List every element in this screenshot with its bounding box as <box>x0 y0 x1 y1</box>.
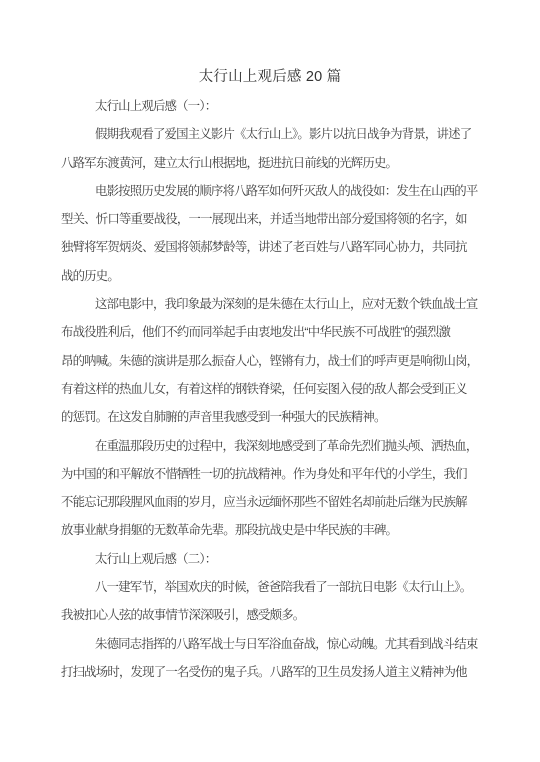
paragraph-line: 战的历史。 <box>61 262 491 290</box>
paragraph-line: 打扫战场时，发现了一名受伤的鬼子兵。八路军的卫生员发扬人道主义精神为他 <box>61 658 491 686</box>
document-title: 太行山上观后感 20 篇 <box>0 63 540 91</box>
paragraph-line: 型关、忻口等重要战役，一一展现出来，并适当地带出部分爱国将领的名字，如 <box>61 205 491 233</box>
paragraph-line: 的惩罚。在这发自肺腑的声音里我感受到一种强大的民族精神。 <box>61 403 491 431</box>
paragraph-line: 朱德同志指挥的八路军战士与日军浴血奋战，惊心动魄。尤其看到战斗结束 <box>61 630 491 658</box>
paragraph-line: 在重温那段历史的过程中，我深刻地感受到了革命先烈们抛头颅、洒热血， <box>61 432 491 460</box>
document-body: 太行山上观后感（一）：假期我观看了爱国主义影片《太行山上》。影片以抗日战争为背景… <box>61 92 491 686</box>
paragraph-line: 八一建军节，举国欢庆的时候，爸爸陪我看了一部抗日电影《太行山上》。 <box>61 573 491 601</box>
section-heading-line: 太行山上观后感（一）： <box>61 92 491 120</box>
paragraph-line: 独臂将军贺炳炎、爱国将领郝梦龄等，讲述了老百姓与八路军同心协力，共同抗 <box>61 233 491 261</box>
document-page: 太行山上观后感 20 篇 太行山上观后感（一）：假期我观看了爱国主义影片《太行山… <box>0 0 540 762</box>
paragraph-line: 有着这样的热血儿女，有着这样的钢铁脊梁，任何妄图入侵的敌人都会受到正义 <box>61 375 491 403</box>
paragraph-line: 昂的呐喊。朱德的演讲是那么振奋人心，铿锵有力，战士们的呼声更是响彻山岗， <box>61 347 491 375</box>
paragraph-line: 电影按照历史发展的顺序将八路军如何歼灭敌人的战役如：发生在山西的平 <box>61 177 491 205</box>
paragraph-line: 放事业献身捐躯的无数革命先辈。那段抗战史是中华民族的丰碑。 <box>61 516 491 544</box>
section-heading-line: 太行山上观后感（二）： <box>61 545 491 573</box>
paragraph-line: 假期我观看了爱国主义影片《太行山上》。影片以抗日战争为背景，讲述了 <box>61 120 491 148</box>
paragraph-line: 为中国的和平解放不惜牺牲一切的抗战精神。作为身处和平年代的小学生，我们 <box>61 460 491 488</box>
paragraph-line: 八路军东渡黄河，建立太行山根据地，挺进抗日前线的光辉历史。 <box>61 149 491 177</box>
paragraph-line: 这部电影中，我印象最为深刻的是朱德在太行山上，应对无数个铁血战士宣 <box>61 290 491 318</box>
paragraph-line: 我被扣心人弦的故事情节深深吸引，感受颇多。 <box>61 601 491 629</box>
paragraph-line: 布战役胜利后，他们不约而同举起手由衷地发出“中华民族不可战胜”的强烈激 <box>61 318 491 346</box>
paragraph-line: 不能忘记那段腥风血雨的岁月，应当永远缅怀那些不留姓名却前赴后继为民族解 <box>61 488 491 516</box>
